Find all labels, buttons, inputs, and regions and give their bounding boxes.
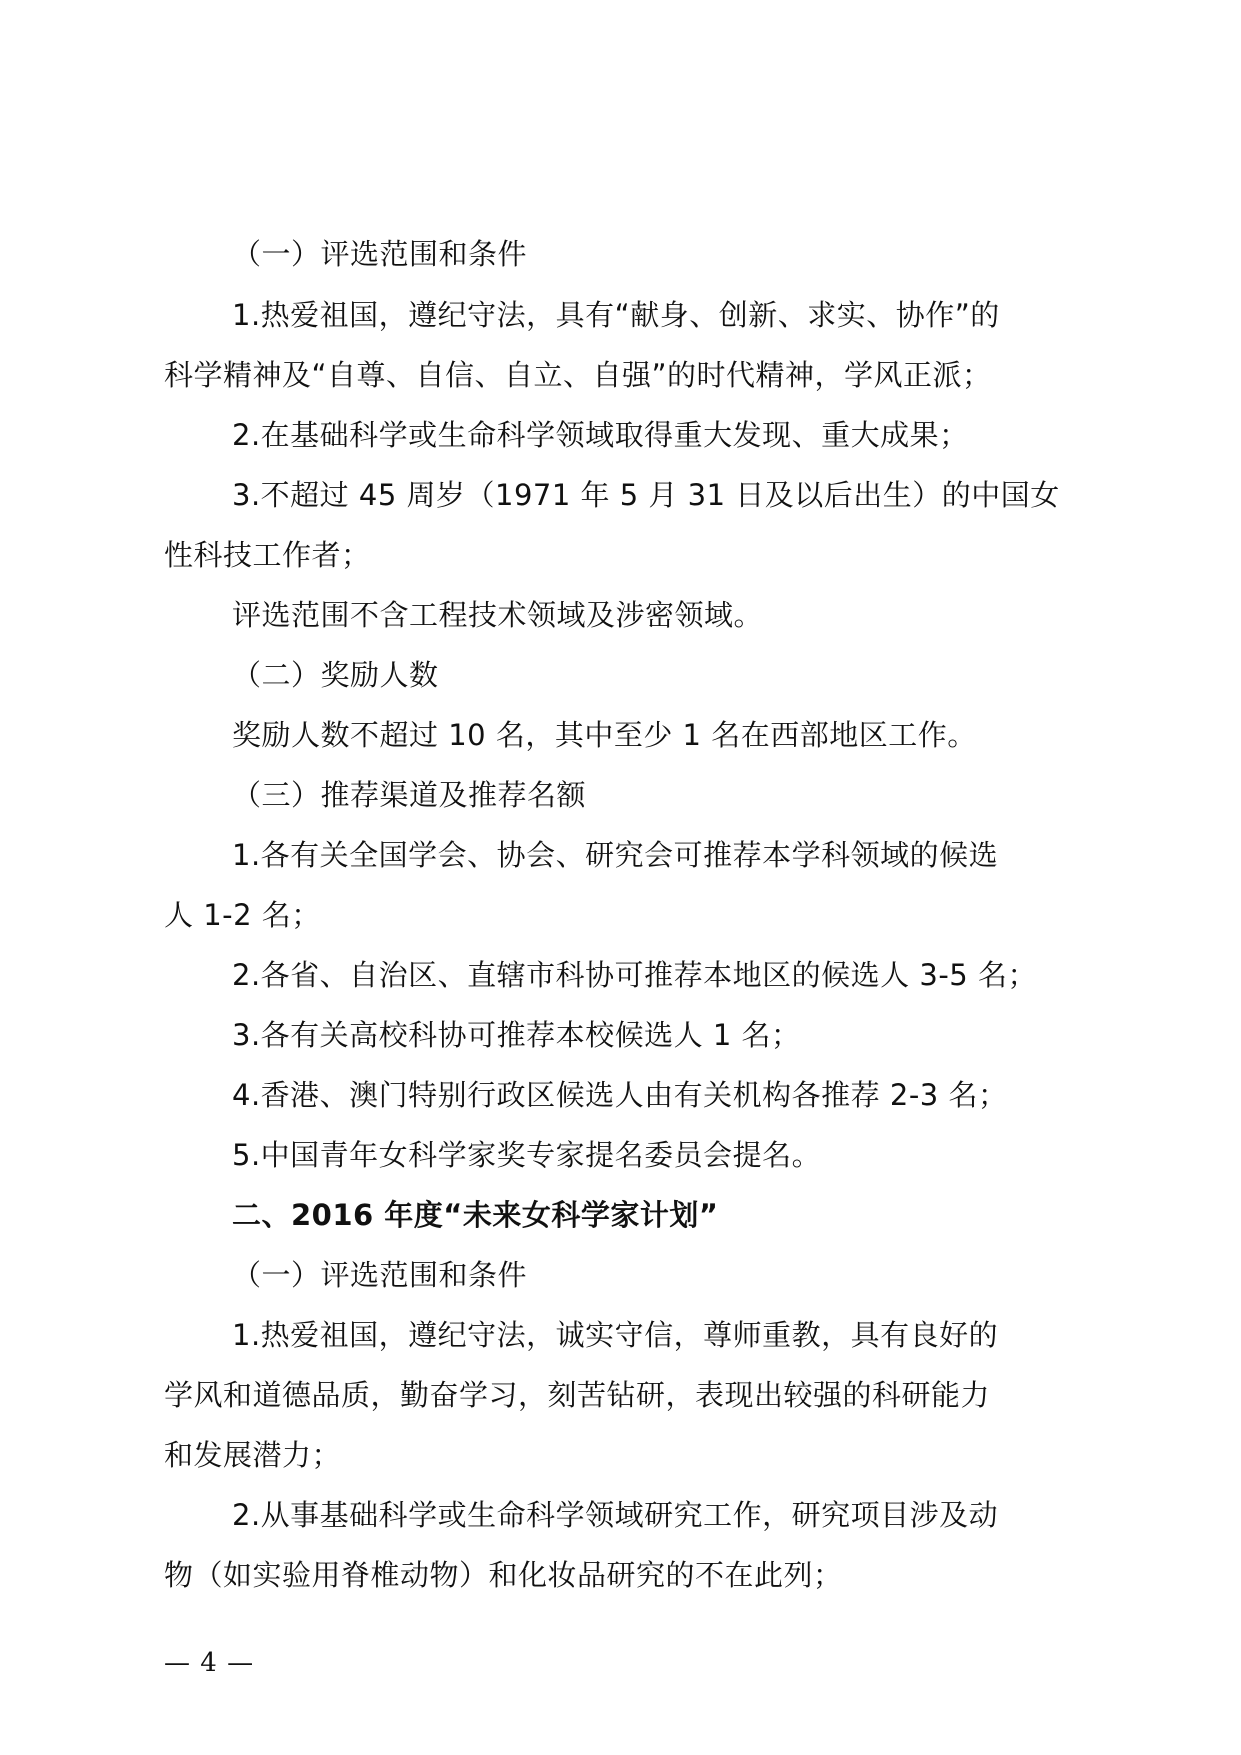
paragraph-criterion-2-1: 1.热爱祖国，遵纪守法，诚实守信，尊师重教，具有良好的 [232,1315,998,1355]
paragraph-criterion-3: 3.不超过 45 周岁（1971 年 5 月 31 日及以后出生）的中国女 [232,475,1060,515]
section-heading-selection-criteria: （一）评选范围和条件 [232,234,527,274]
paragraph-channel-1: 1.各有关全国学会、协会、研究会可推荐本学科领域的候选 [232,835,998,875]
section-heading-award-count: （二）奖励人数 [232,655,439,695]
paragraph-criterion-2-2: 2.从事基础科学或生命科学领域研究工作，研究项目涉及动 [232,1495,998,1535]
section-heading-nomination-channels: （三）推荐渠道及推荐名额 [232,775,586,815]
paragraph-criterion-2-1-cont-2: 和发展潜力； [164,1435,341,1475]
paragraph-channel-5: 5.中国青年女科学家奖专家提名委员会提名。 [232,1135,821,1175]
paragraph-channel-3: 3.各有关高校科协可推荐本校候选人 1 名； [232,1015,801,1055]
paragraph-channel-4: 4.香港、澳门特别行政区候选人由有关机构各推荐 2-3 名； [232,1075,1007,1115]
paragraph-criterion-2-1-cont: 学风和道德品质，勤奋学习，刻苦钻研，表现出较强的科研能力 [164,1375,990,1415]
section-heading-selection-criteria-2: （一）评选范围和条件 [232,1255,527,1295]
paragraph-scope-exclusion: 评选范围不含工程技术领域及涉密领域。 [232,595,763,635]
paragraph-criterion-1: 1.热爱祖国，遵纪守法，具有“献身、创新、求实、协作”的 [232,295,1000,335]
paragraph-channel-1-cont: 人 1-2 名； [164,895,321,935]
paragraph-criterion-2-2-cont: 物（如实验用脊椎动物）和化妆品研究的不在此列； [164,1555,843,1595]
paragraph-award-count: 奖励人数不超过 10 名，其中至少 1 名在西部地区工作。 [232,715,977,755]
document-page: （一）评选范围和条件 1.热爱祖国，遵纪守法，具有“献身、创新、求实、协作”的 … [0,0,1241,1755]
paragraph-criterion-3-cont: 性科技工作者； [164,535,371,575]
paragraph-channel-2: 2.各省、自治区、直辖市科协可推荐本地区的候选人 3-5 名； [232,955,1037,995]
paragraph-criterion-2: 2.在基础科学或生命科学领域取得重大发现、重大成果； [232,415,969,455]
page-number: — 4 — [164,1646,254,1680]
paragraph-criterion-1-cont: 科学精神及“自尊、自信、自立、自强”的时代精神，学风正派； [164,355,992,395]
chapter-heading-future-women-scientists: 二、2016 年度“未来女科学家计划” [232,1195,718,1235]
